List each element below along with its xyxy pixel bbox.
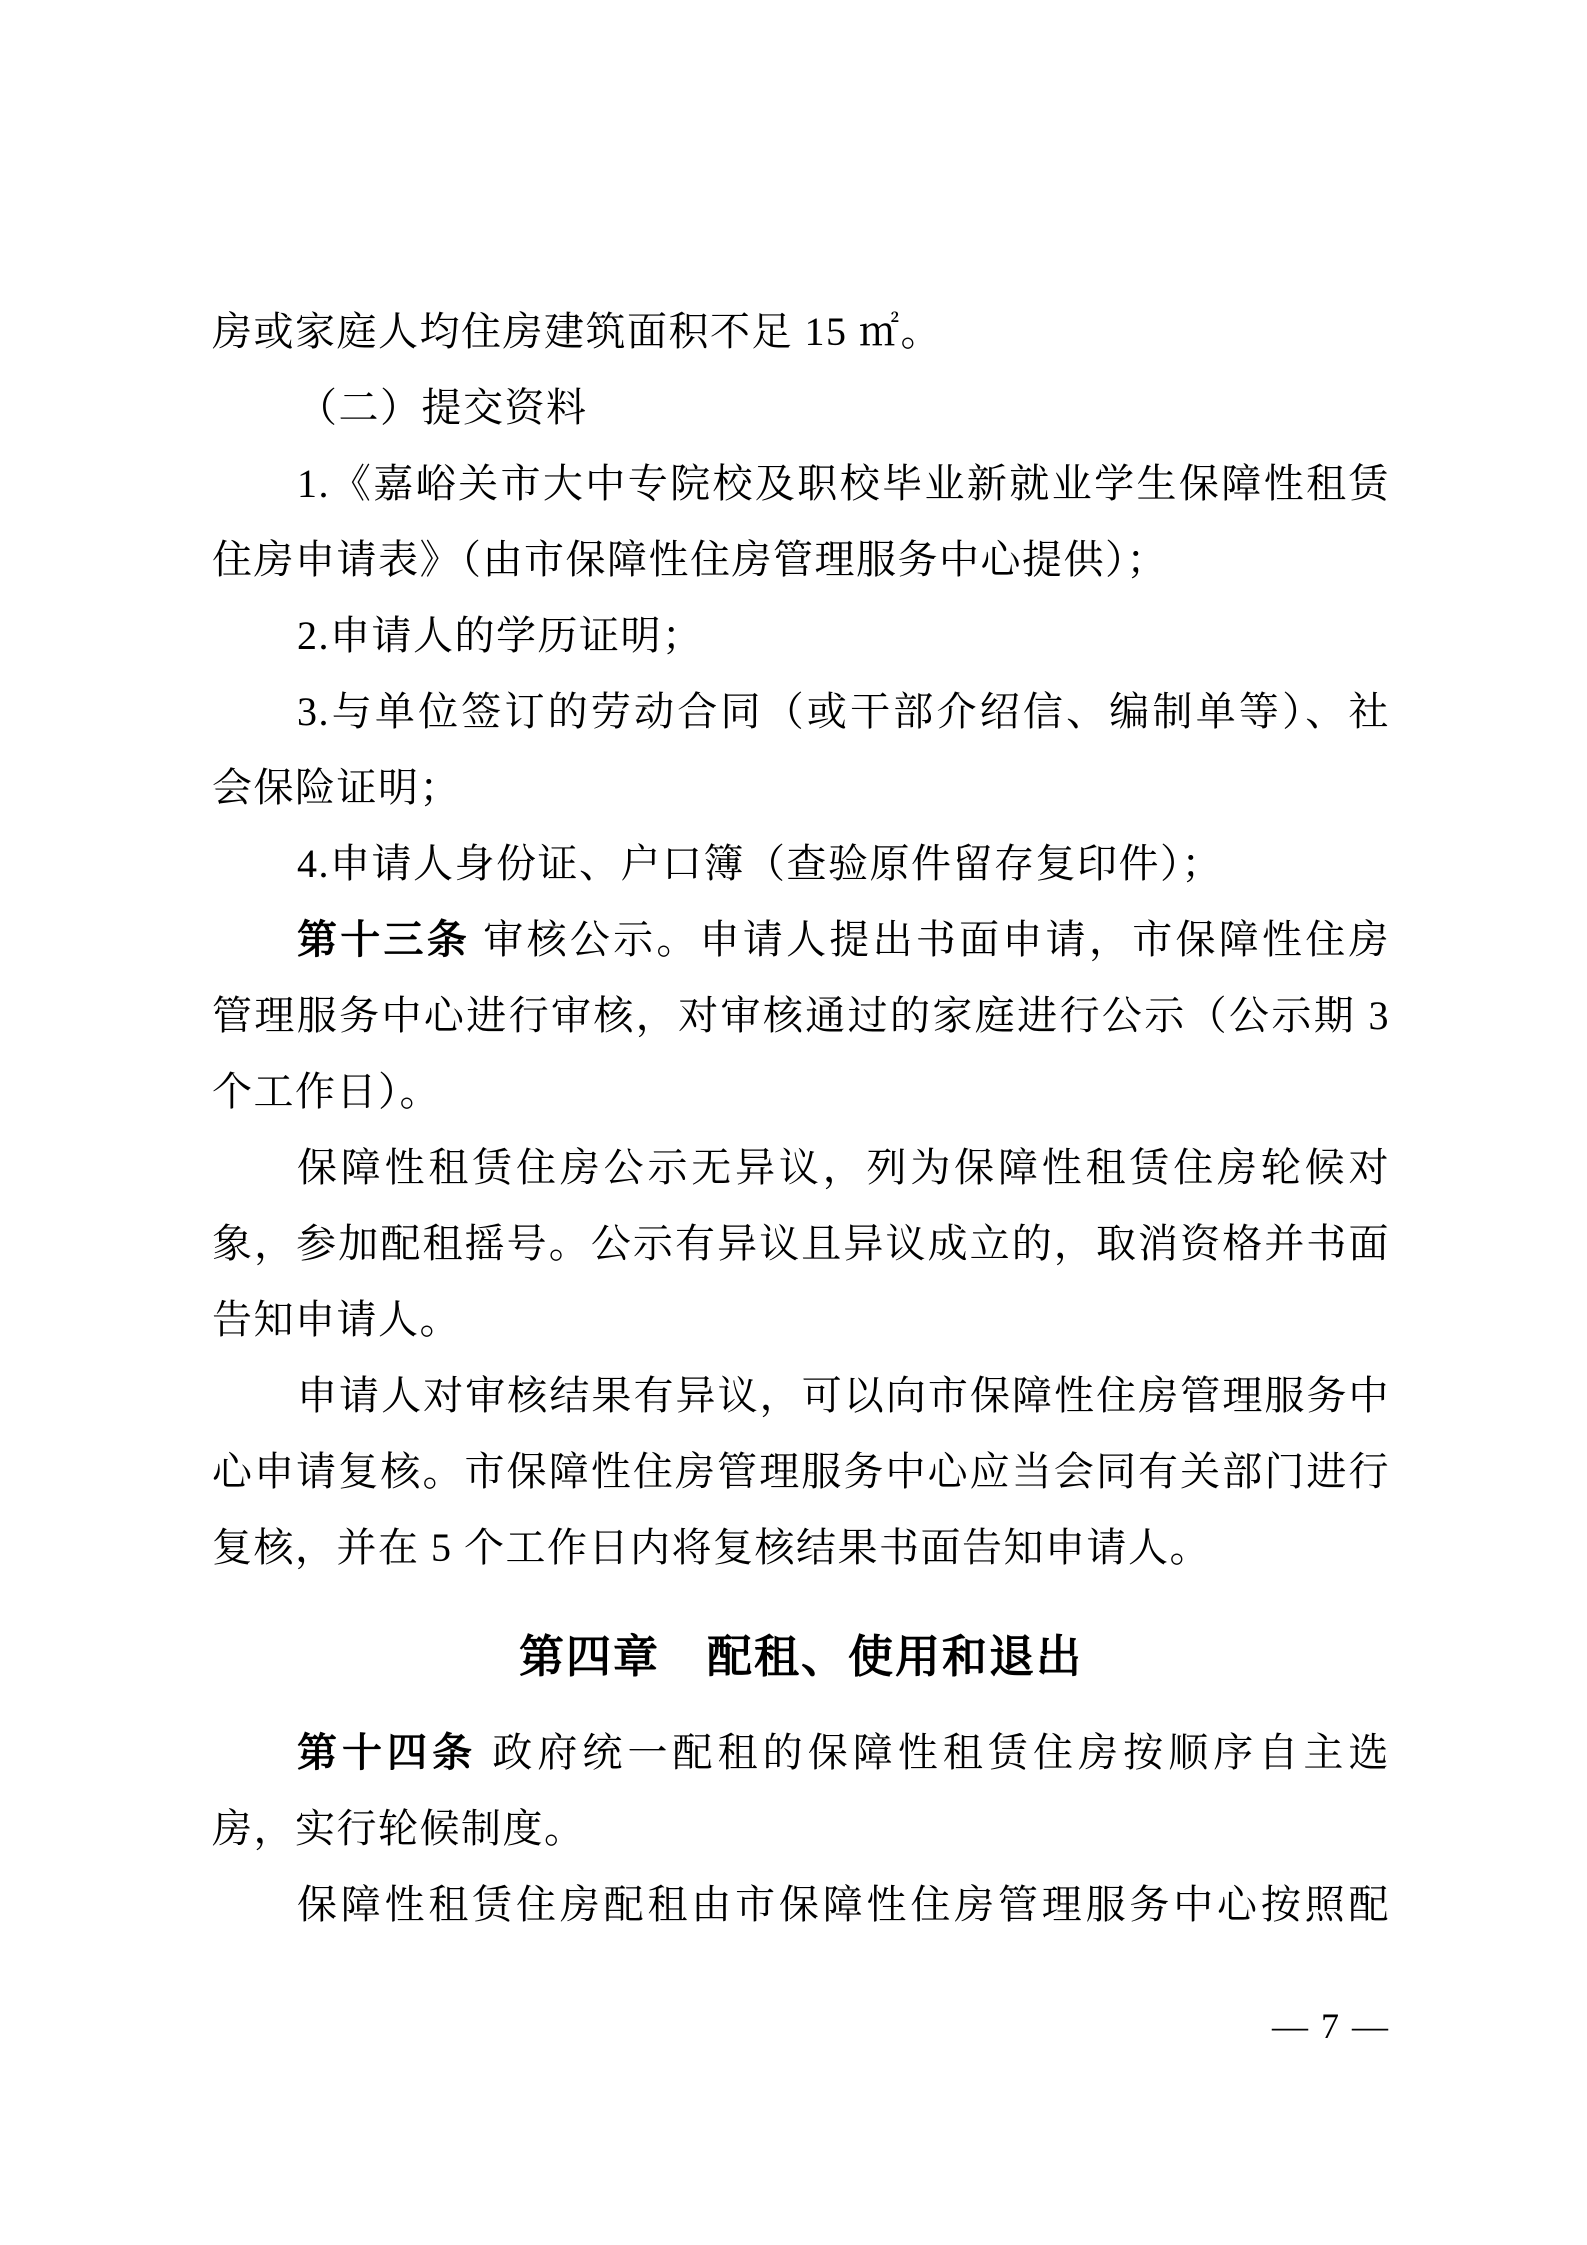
text-line: 心申请复核。市保障性住房管理服务中心应当会同有关部门进行	[212, 1434, 1390, 1510]
text-line: 第十四条 政府统一配租的保障性租赁住房按顺序自主选	[212, 1715, 1390, 1791]
line-text: 审核公示。申请人提出书面申请，市保障性住房	[470, 917, 1390, 962]
text-line: 房，实行轮候制度。	[212, 1791, 1390, 1867]
line-text: 复核，并在 5 个工作日内将复核结果书面告知申请人。	[212, 1525, 1211, 1570]
text-line: 保障性租赁住房公示无异议，列为保障性租赁住房轮候对	[212, 1130, 1390, 1206]
line-text: 住房申请表》（由市保障性住房管理服务中心提供）；	[212, 537, 1168, 582]
line-text: 个工作日）。	[212, 1069, 441, 1114]
text-line: 会保险证明；	[212, 750, 1390, 826]
text-line: 3.与单位签订的劳动合同（或干部介绍信、编制单等）、社	[212, 674, 1390, 750]
line-text: 房，实行轮候制度。	[212, 1806, 586, 1851]
line-text: 管理服务中心进行审核，对审核通过的家庭进行公示（公示期 3	[212, 993, 1390, 1038]
document-lines: 房或家庭人均住房建筑面积不足 15 ㎡。（二）提交资料1.《嘉峪关市大中专院校及…	[212, 294, 1390, 1943]
text-line: （二）提交资料	[212, 370, 1390, 446]
text-line: 个工作日）。	[212, 1054, 1390, 1130]
text-line: 房或家庭人均住房建筑面积不足 15 ㎡。	[212, 294, 1390, 370]
text-line: 2.申请人的学历证明；	[212, 598, 1390, 674]
line-text: 保障性租赁住房配租由市保障性住房管理服务中心按照配	[297, 1882, 1390, 1927]
line-text: 房或家庭人均住房建筑面积不足 15 ㎡。	[212, 309, 942, 354]
line-text: 政府统一配租的保障性租赁住房按顺序自主选	[477, 1730, 1390, 1775]
line-text: 心申请复核。市保障性住房管理服务中心应当会同有关部门进行	[212, 1449, 1390, 1494]
text-line: 住房申请表》（由市保障性住房管理服务中心提供）；	[212, 522, 1390, 598]
chapter-heading: 第四章 配租、使用和退出	[212, 1619, 1390, 1695]
line-text: 1.《嘉峪关市大中专院校及职校毕业新就业学生保障性租赁	[297, 461, 1390, 506]
document-page: 房或家庭人均住房建筑面积不足 15 ㎡。（二）提交资料1.《嘉峪关市大中专院校及…	[0, 0, 1587, 2245]
line-text: 申请人对审核结果有异议，可以向市保障性住房管理服务中	[297, 1373, 1390, 1418]
text-line: 保障性租赁住房配租由市保障性住房管理服务中心按照配	[212, 1867, 1390, 1943]
line-text: 3.与单位签订的劳动合同（或干部介绍信、编制单等）、社	[297, 689, 1390, 734]
text-line: 1.《嘉峪关市大中专院校及职校毕业新就业学生保障性租赁	[212, 446, 1390, 522]
text-line: 4.申请人身份证、户口簿（查验原件留存复印件）；	[212, 826, 1390, 902]
article-number: 第十三条	[297, 918, 470, 962]
text-line: 申请人对审核结果有异议，可以向市保障性住房管理服务中	[212, 1358, 1390, 1434]
line-text: 保障性租赁住房公示无异议，列为保障性租赁住房轮候对	[297, 1145, 1390, 1190]
line-text: 会保险证明；	[212, 765, 461, 810]
line-text: 2.申请人的学历证明；	[297, 613, 704, 658]
line-text: 告知申请人。	[212, 1297, 461, 1342]
page-number: — 7 —	[1272, 2004, 1390, 2048]
chapter-heading-text: 第四章 配租、使用和退出	[519, 1631, 1083, 1682]
line-text: （二）提交资料	[297, 385, 588, 430]
text-line: 象，参加配租摇号。公示有异议且异议成立的，取消资格并书面	[212, 1206, 1390, 1282]
text-line: 第十三条 审核公示。申请人提出书面申请，市保障性住房	[212, 902, 1390, 978]
text-line: 复核，并在 5 个工作日内将复核结果书面告知申请人。	[212, 1510, 1390, 1586]
line-text: 象，参加配租摇号。公示有异议且异议成立的，取消资格并书面	[212, 1221, 1390, 1266]
article-number: 第十四条	[297, 1731, 477, 1775]
line-text: 4.申请人身份证、户口簿（查验原件留存复印件）；	[297, 841, 1223, 886]
text-line: 管理服务中心进行审核，对审核通过的家庭进行公示（公示期 3	[212, 978, 1390, 1054]
text-line: 告知申请人。	[212, 1282, 1390, 1358]
